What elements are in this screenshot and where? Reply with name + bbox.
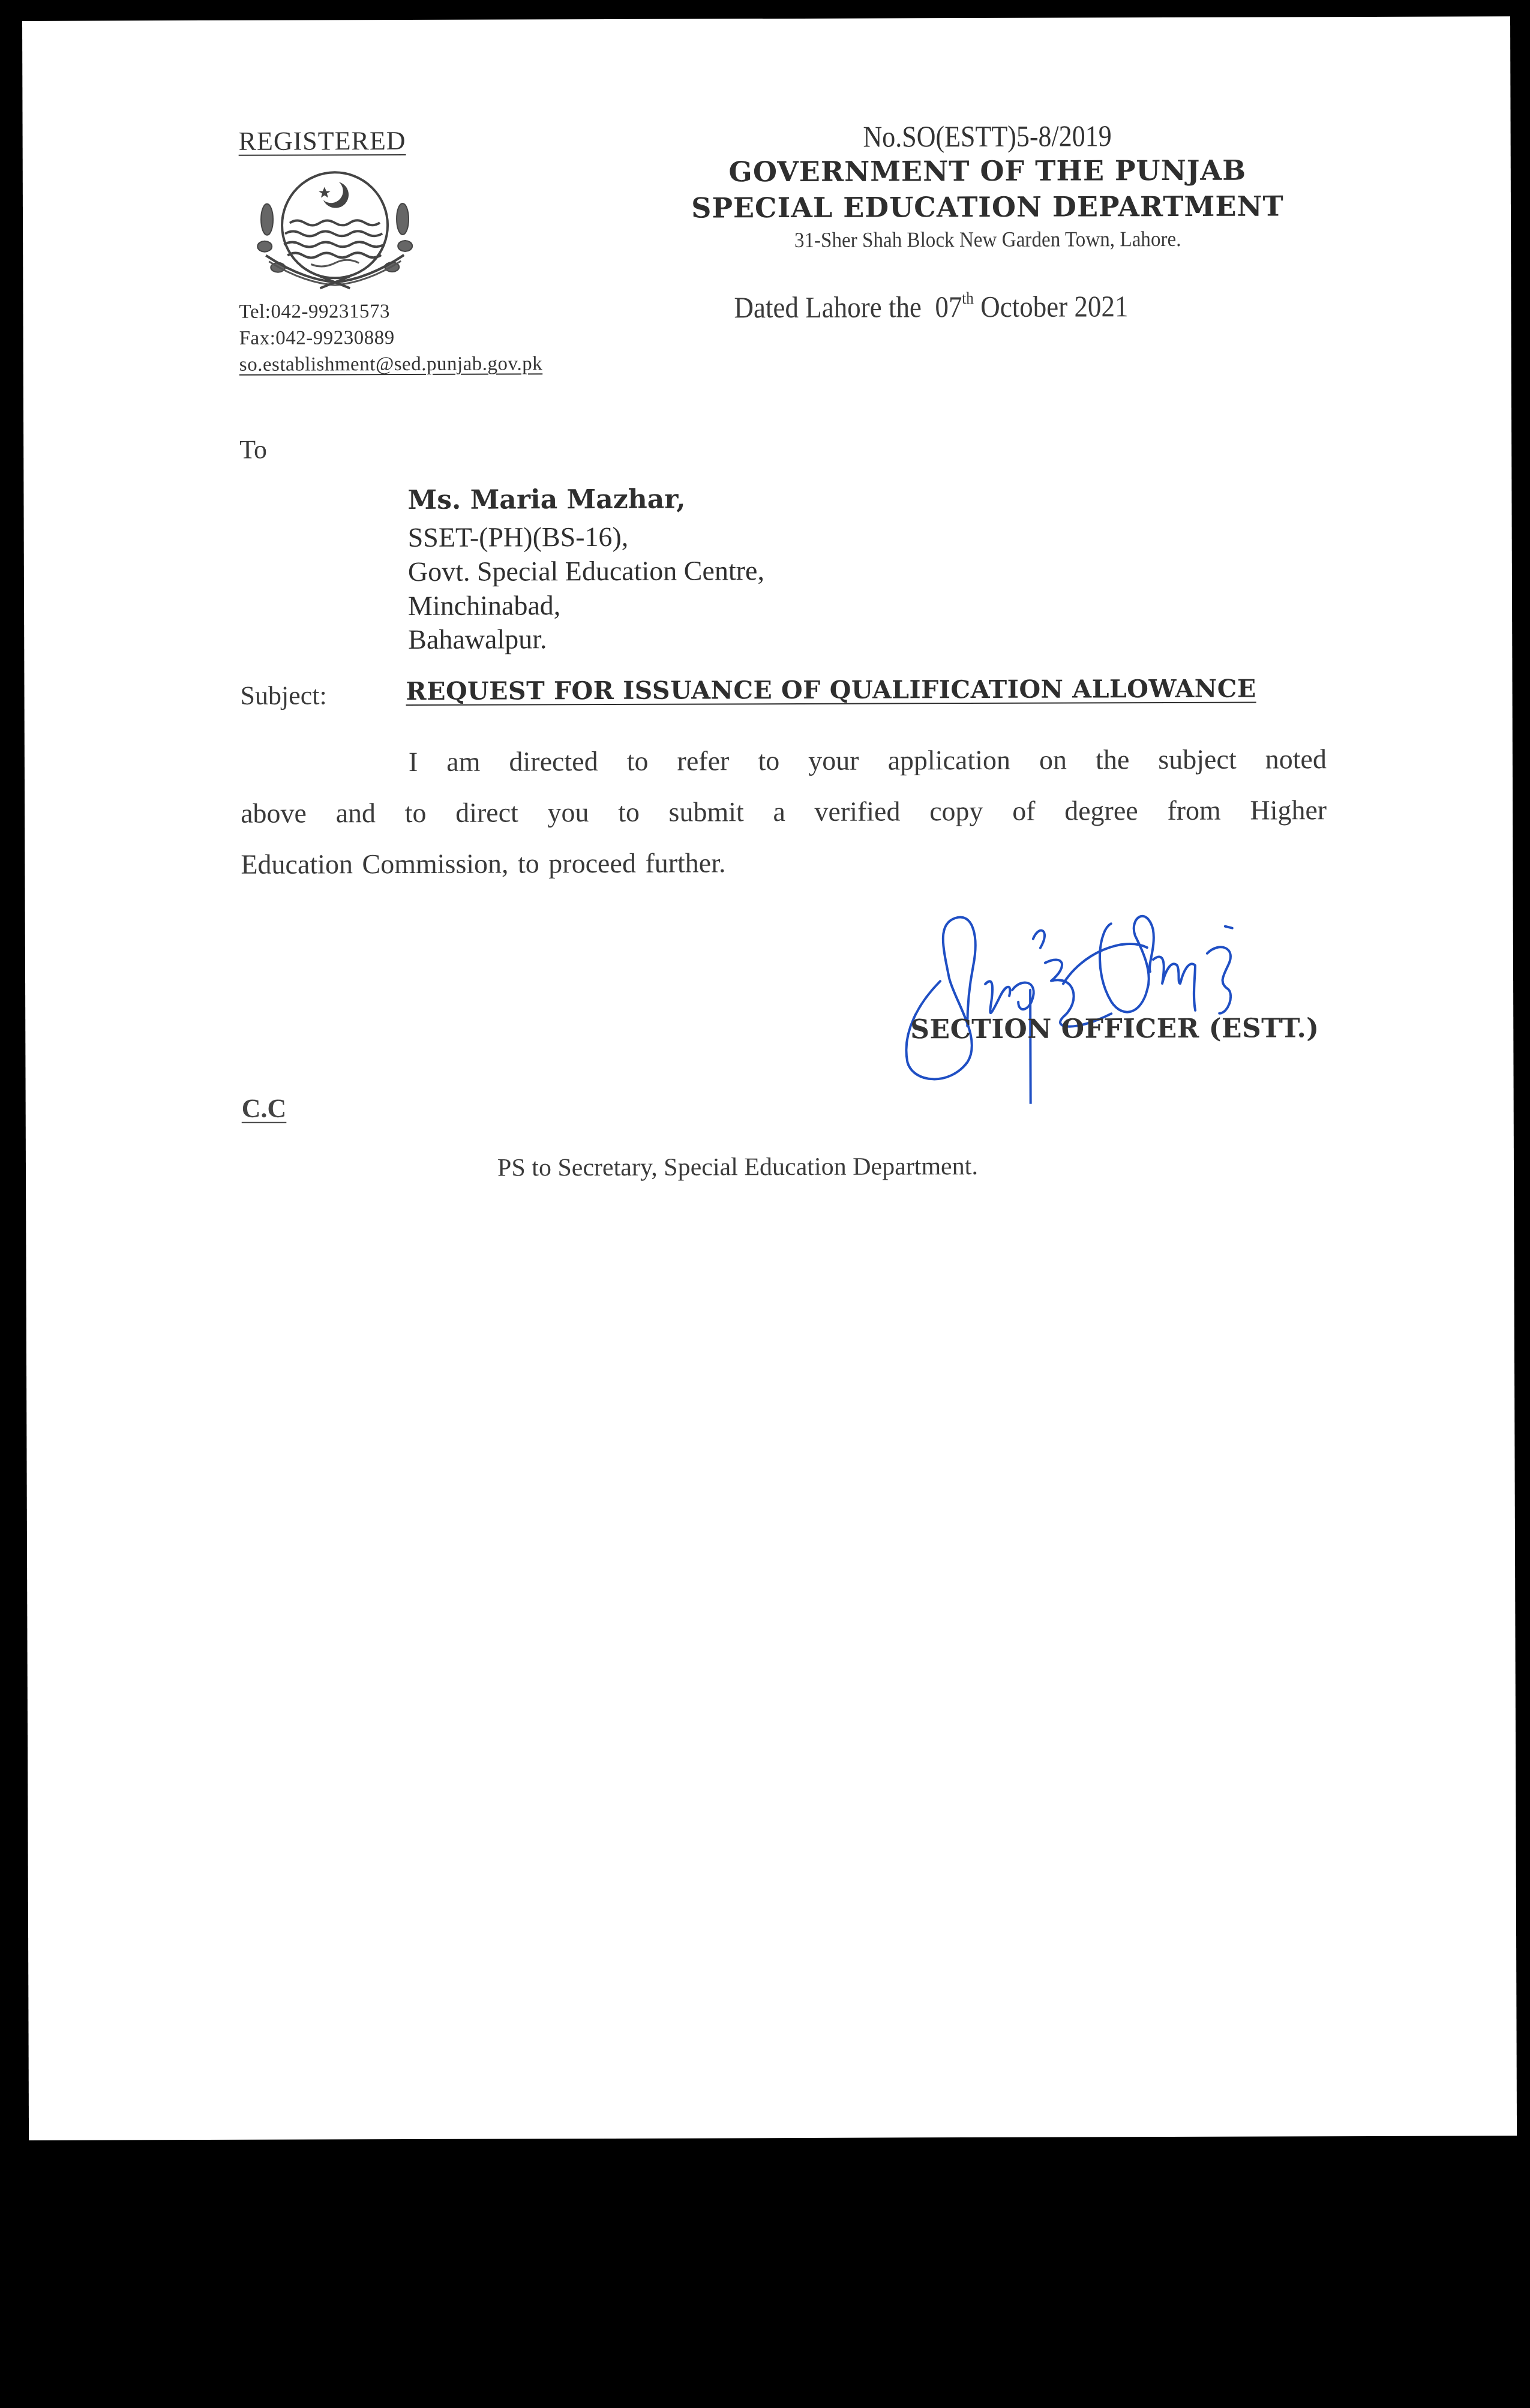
department-address: 31-Sher Shah Block New Garden Town, Laho… — [712, 226, 1264, 253]
recipient-district: Bahawalpur. — [408, 623, 547, 655]
date-ordinal: th — [962, 289, 974, 308]
cc-label: C.C — [242, 1093, 287, 1124]
date-day: 07 — [935, 290, 962, 323]
government-name: GOVERNMENT OF THE PUNJAB — [688, 154, 1288, 188]
letter-page: REGISTERED Tel:042-99231573 Fax:042-9923… — [22, 16, 1517, 2140]
telephone-number: Tel:042-99231573 — [239, 301, 389, 323]
to-label: To — [239, 434, 267, 465]
department-name: SPECIAL EDUCATION DEPARTMENT — [688, 190, 1288, 224]
subject-title: REQUEST FOR ISSUANCE OF QUALIFICATION AL… — [406, 674, 1256, 706]
signature-icon — [883, 881, 1304, 1104]
subject-label: Subject: — [240, 680, 326, 710]
recipient-name: Ms. Maria Mazhar, — [407, 484, 685, 515]
date-prefix: Dated Lahore the — [734, 290, 922, 324]
date-month-year: October 2021 — [980, 289, 1128, 323]
cc-recipient: PS to Secretary, Special Education Depar… — [497, 1152, 978, 1183]
fax-number: Fax:042-99230889 — [239, 327, 395, 350]
recipient-designation: SSET-(PH)(BS-16), — [408, 521, 629, 553]
registered-label: REGISTERED — [239, 125, 406, 157]
body-line-1: I am directed to refer to your applicati… — [409, 743, 1327, 778]
file-number: No.SO(ESTT)5-8/2019 — [724, 118, 1252, 155]
signatory-title: SECTION OFFICER (ESTT.) — [910, 1013, 1319, 1045]
letter-date: Dated Lahore the 07th October 2021 — [734, 289, 1128, 325]
recipient-town: Minchinabad, — [408, 589, 560, 622]
email-address[interactable]: so.establishment@sed.punjab.gov.pk — [239, 353, 542, 376]
body-line-3: Education Commission, to proceed further… — [241, 847, 725, 880]
recipient-institution: Govt. Special Education Centre, — [408, 554, 764, 587]
body-line-2: above and to direct you to submit a veri… — [241, 794, 1327, 829]
punjab-seal-icon — [254, 165, 416, 292]
